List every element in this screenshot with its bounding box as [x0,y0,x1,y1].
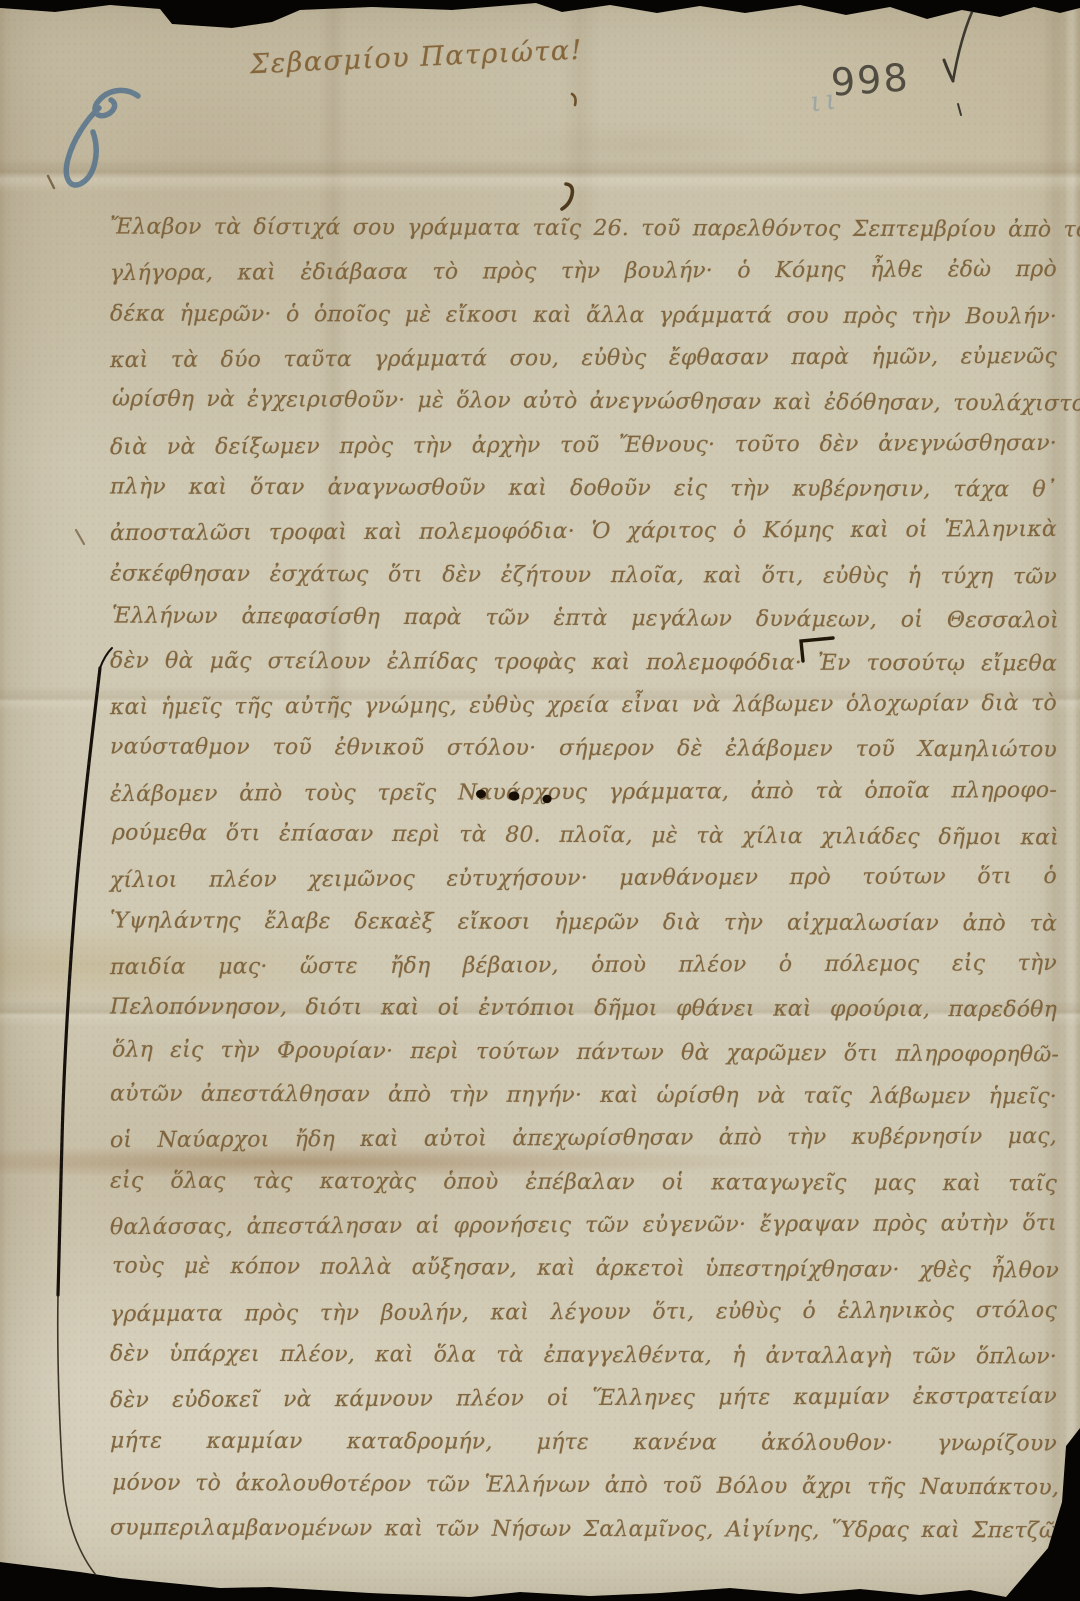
letter-line: ρούμεθα ὅτι ἐπίασαν περὶ τὰ 80. πλοῖα, μ… [112,822,1059,867]
letter-line: συμπεριλαμβανομένων καὶ τῶν Νήσων Σαλαμῖ… [110,1517,1057,1560]
letter-line: οἱ Ναύαρχοι ἤδη καὶ αὐτοὶ ἀπεχωρίσθησαν … [110,1126,1057,1170]
salutation: Σεβασμίου Πατριώτα! [249,35,583,80]
letter-line: ἐλάβομεν ἀπὸ τοὺς τρεῖς Ναυάρχους γράμμα… [110,779,1057,823]
letter-line: παιδία μας· ὥστε ἤδη βέβαιον, ὁποὺ πλέον… [110,953,1057,997]
letter-line: αὐτῶν ἀπεστάλθησαν ἀπὸ τὴν πηγήν· καὶ ὡρ… [110,1084,1057,1127]
letter-line: μήτε καμμίαν καταδρομήν, μήτε κανένα ἀκό… [110,1430,1057,1473]
letter-line: καὶ τὰ δύο ταῦτα γράμματά σου, εὐθὺς ἔφθ… [110,346,1057,390]
letter-line: ὡρίσθη νὰ ἐγχειρισθοῦν· μὲ ὅλον αὐτὸ ἀνε… [112,389,1059,434]
letter-body: Ἔλαβον τὰ δίστιχά σου γράμματα ταῖς 26. … [110,218,1057,1588]
letter-line: γλήγορα, καὶ ἐδιάβασα τὸ πρὸς τὴν βουλήν… [110,259,1057,303]
letter-line: δέκα ἡμερῶν· ὁ ὁποῖος μὲ εἴκοσι καὶ ἄλλα… [110,303,1057,346]
letter-line: δὲν θὰ μᾶς στείλουν ἐλπίδας τροφὰς καὶ π… [110,650,1057,693]
faint-blue-stamp-mark: ιι [808,82,842,118]
letter-line: θαλάσσας, ἀπεστάλησαν αἱ φρονήσεις τῶν ε… [110,1213,1057,1257]
letter-line: ἀποσταλῶσι τροφαὶ καὶ πολεμοφόδια· Ὁ χάρ… [110,519,1057,563]
blue-pencil-mark-icon [66,90,138,185]
letter-line: Ἔλαβον τὰ δίστιχά σου γράμματα ταῖς 26. … [110,217,1057,260]
letter-line: μόνον τὸ ἀκολουθοτέρον τῶν Ἑλλήνων ἀπὸ τ… [112,1473,1059,1518]
letter-line: γράμματα πρὸς τὴν βουλήν, καὶ λέγουν ὅτι… [110,1300,1057,1344]
letter-line: τοὺς μὲ κόπον πολλὰ αὔξησαν, καὶ ἀρκετοὶ… [112,1256,1059,1301]
letter-line: εἰς ὅλας τὰς κατοχὰς ὁποὺ ἐπέβαλαν οἱ κα… [110,1170,1057,1213]
paper-sheet: Σεβασμίου Πατριώτα! 998 ιι Ἔλαβον τὰ δίσ… [0,0,1080,1601]
letter-line: καὶ ἡμεῖς τῆς αὐτῆς γνώμης, εὐθὺς χρεία … [110,693,1057,737]
letter-line: ὅλη εἰς τὴν Φρουρίαν· περὶ τούτων πάντων… [112,1039,1059,1084]
archive-number: 998 [830,55,911,104]
letter-line: δὲν εὐδοκεῖ νὰ κάμνουν πλέον οἱ Ἕλληνες … [110,1386,1057,1430]
letter-line: δὲν ὑπάρχει πλέον, καὶ ὅλα τὰ ἐπαγγελθέν… [110,1344,1057,1387]
letter-line: πλὴν καὶ ὅταν ἀναγνωσθοῦν καὶ δοθοῦν εἰς… [110,477,1057,520]
scanned-letter-page: Σεβασμίου Πατριώτα! 998 ιι Ἔλαβον τὰ δίσ… [0,0,1080,1601]
letter-line: Ἑλλήνων ἀπεφασίσθη παρὰ τῶν ἑπτὰ μεγάλων… [112,606,1059,651]
letter-line: Πελοπόννησον, διότι καὶ οἱ ἐντόπιοι δῆμο… [110,997,1057,1040]
letter-line: Ὑψηλάντης ἔλαβε δεκαὲξ εἴκοσι ἡμερῶν διὰ… [110,910,1057,953]
letter-line: χίλιοι πλέον χειμῶνος εὐτυχήσουν· μανθάν… [110,866,1057,910]
paper-tear-line-icon [58,648,112,1580]
letter-line: ἐσκέφθησαν ἐσχάτως ὅτι δὲν ἐζήτουν πλοῖα… [110,563,1057,606]
check-mark-icon [944,12,972,115]
letter-line: ναύσταθμον τοῦ ἐθνικοῦ στόλου· σήμερον δ… [110,737,1057,780]
letter-line: διὰ νὰ δείξωμεν πρὸς τὴν ἀρχὴν τοῦ Ἔθνου… [110,433,1057,477]
